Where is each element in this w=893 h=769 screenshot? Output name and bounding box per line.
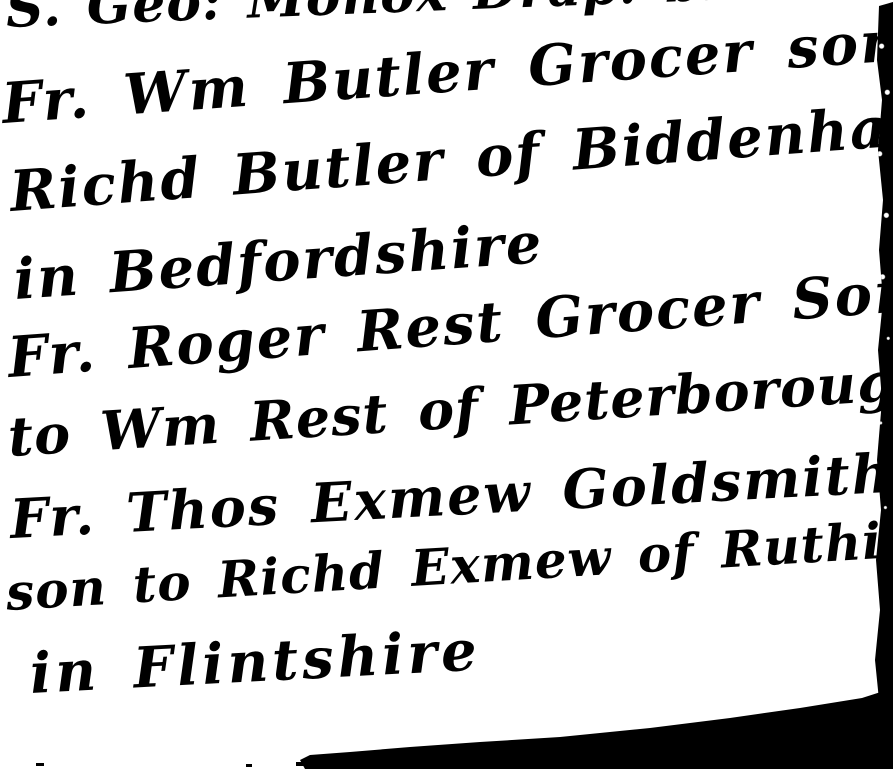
- manuscript-line: in Flintshire: [29, 622, 482, 702]
- manuscript-page: S. Geo: Monox Drap: br: in London Fr. Wm…: [0, 0, 893, 769]
- page-edge-speck: [296, 762, 310, 766]
- page-edge-speck: [36, 763, 44, 766]
- page-edge-speck: [246, 764, 252, 767]
